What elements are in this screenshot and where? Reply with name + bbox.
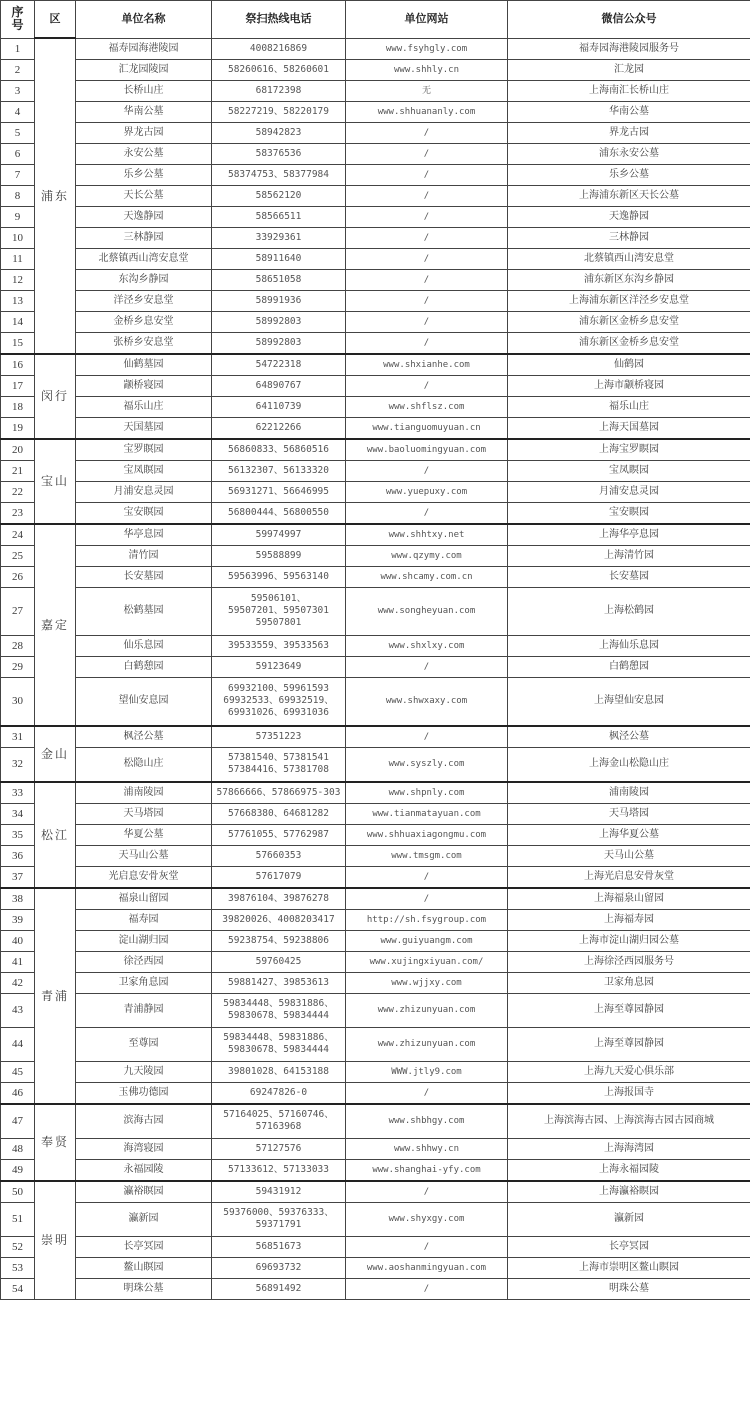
table-row: 13洋泾乡安息堂58991936/上海浦东新区洋泾乡安息堂 [1, 290, 750, 311]
seq-cell: 11 [1, 248, 35, 269]
website-cell: www.shyxgy.com [346, 1202, 508, 1236]
phone-cell: 59238754、59238806 [212, 930, 346, 951]
seq-cell: 49 [1, 1159, 35, 1181]
website-cell: www.shhuananly.com [346, 101, 508, 122]
unit-name-cell: 白鹤憩园 [76, 656, 212, 677]
unit-name-cell: 瀛新园 [76, 1202, 212, 1236]
wechat-account-cell: 天逸静园 [508, 206, 750, 227]
seq-cell: 43 [1, 993, 35, 1027]
seq-cell: 8 [1, 185, 35, 206]
wechat-account-cell: 上海市崇明区鳌山瞑园 [508, 1257, 750, 1278]
unit-name-cell: 清竹园 [76, 545, 212, 566]
phone-cell: 64890767 [212, 375, 346, 396]
district-cell: 闵行 [35, 354, 76, 439]
seq-cell: 9 [1, 206, 35, 227]
seq-cell: 53 [1, 1257, 35, 1278]
seq-cell: 15 [1, 332, 35, 354]
wechat-account-cell: 瀛新园 [508, 1202, 750, 1236]
phone-cell: 58227219、58220179 [212, 101, 346, 122]
website-cell: / [346, 227, 508, 248]
website-cell: / [346, 888, 508, 910]
unit-name-cell: 天国墓园 [76, 417, 212, 439]
website-cell: / [346, 185, 508, 206]
website-cell: www.xujingxiyuan.com/ [346, 951, 508, 972]
phone-cell: 69932100、59961593 69932533、69932519、 699… [212, 677, 346, 726]
seq-cell: 47 [1, 1104, 35, 1139]
wechat-account-cell: 北蔡镇西山湾安息堂 [508, 248, 750, 269]
unit-name-cell: 长安墓园 [76, 566, 212, 587]
wechat-account-cell: 浦东新区金桥乡息安堂 [508, 311, 750, 332]
phone-cell: 39801028、64153188 [212, 1061, 346, 1082]
table-row: 14金桥乡息安堂58992803/浦东新区金桥乡息安堂 [1, 311, 750, 332]
table-row: 17颛桥寝园64890767/上海市颛桥寝园 [1, 375, 750, 396]
district-cell: 崇明 [35, 1181, 76, 1300]
phone-cell: 39820026、4008203417 [212, 909, 346, 930]
unit-name-cell: 北蔡镇西山湾安息堂 [76, 248, 212, 269]
phone-cell: 58911640 [212, 248, 346, 269]
website-cell: / [346, 1181, 508, 1203]
seq-cell: 3 [1, 80, 35, 101]
seq-cell: 31 [1, 726, 35, 748]
wechat-account-cell: 上海滨海古园、上海滨海古园古园商城 [508, 1104, 750, 1139]
table-row: 42卫家角息园59881427、39853613www.wjjxy.com卫家角… [1, 972, 750, 993]
website-cell: 无 [346, 80, 508, 101]
website-cell: www.shhwy.cn [346, 1138, 508, 1159]
wechat-account-cell: 上海瀛裕瞑园 [508, 1181, 750, 1203]
phone-cell: 64110739 [212, 396, 346, 417]
seq-cell: 23 [1, 502, 35, 524]
wechat-account-cell: 福寿园海港陵园服务号 [508, 38, 750, 59]
unit-name-cell: 宝罗瞑园 [76, 439, 212, 461]
table-row: 16闵行仙鹤墓园54722318www.shxianhe.com仙鹤园 [1, 354, 750, 376]
phone-cell: 58562120 [212, 185, 346, 206]
phone-cell: 4008216869 [212, 38, 346, 59]
website-cell: www.zhizunyuan.com [346, 993, 508, 1027]
website-cell: www.songheyuan.com [346, 587, 508, 635]
table-row: 34天马塔园57668380、64681282www.tianmatayuan.… [1, 803, 750, 824]
phone-cell: 58260616、58260601 [212, 59, 346, 80]
unit-name-cell: 天马山公墓 [76, 845, 212, 866]
phone-cell: 57381540、57381541 57384416、57381708 [212, 747, 346, 782]
phone-cell: 39876104、39876278 [212, 888, 346, 910]
unit-name-cell: 仙鹤墓园 [76, 354, 212, 376]
district-cell: 宝山 [35, 439, 76, 524]
table-row: 37光启息安骨灰堂57617079/上海光启息安骨灰堂 [1, 866, 750, 888]
website-cell: www.shpnly.com [346, 782, 508, 804]
seq-cell: 10 [1, 227, 35, 248]
phone-cell: 69693732 [212, 1257, 346, 1278]
table-row: 20宝山宝罗瞑园56860833、56860516www.baoluomingy… [1, 439, 750, 461]
table-row: 25清竹园59588899www.qzymy.com上海清竹园 [1, 545, 750, 566]
wechat-account-cell: 上海永福园陵 [508, 1159, 750, 1181]
phone-cell: 59760425 [212, 951, 346, 972]
seq-cell: 28 [1, 635, 35, 656]
website-cell: www.syszly.com [346, 747, 508, 782]
table-row: 33松江浦南陵园57866666、57866975-303www.shpnly.… [1, 782, 750, 804]
seq-cell: 22 [1, 481, 35, 502]
wechat-account-cell: 浦东新区东沟乡静园 [508, 269, 750, 290]
unit-name-cell: 徐泾西园 [76, 951, 212, 972]
unit-name-cell: 金桥乡息安堂 [76, 311, 212, 332]
seq-cell: 12 [1, 269, 35, 290]
phone-cell: 59881427、39853613 [212, 972, 346, 993]
unit-name-cell: 天长公墓 [76, 185, 212, 206]
website-cell: / [346, 375, 508, 396]
table-row: 22月浦安息灵园56931271、56646995www.yuepuxy.com… [1, 481, 750, 502]
table-row: 45九天陵园39801028、64153188WWW.jtly9.com上海九天… [1, 1061, 750, 1082]
table-row: 41徐泾西园59760425www.xujingxiyuan.com/上海徐泾西… [1, 951, 750, 972]
wechat-account-cell: 上海望仙安息园 [508, 677, 750, 726]
wechat-account-cell: 上海金山松隐山庄 [508, 747, 750, 782]
table-row: 3长桥山庄68172398无上海南汇长桥山庄 [1, 80, 750, 101]
table-row: 35华夏公墓57761055、57762987www.shhuaxiagongm… [1, 824, 750, 845]
header-phone: 祭扫热线电话 [212, 1, 346, 39]
phone-cell: 57351223 [212, 726, 346, 748]
cemetery-contact-table: 序号 区 单位名称 祭扫热线电话 单位网站 微信公众号 1浦东福寿园海港陵园40… [0, 0, 750, 1300]
seq-cell: 33 [1, 782, 35, 804]
unit-name-cell: 汇龙园陵园 [76, 59, 212, 80]
seq-cell: 32 [1, 747, 35, 782]
table-row: 36天马山公墓57660353www.tmsgm.com天马山公墓 [1, 845, 750, 866]
seq-cell: 7 [1, 164, 35, 185]
table-row: 24嘉定华亭息园59974997www.shhtxy.net上海华亭息园 [1, 524, 750, 546]
phone-cell: 59431912 [212, 1181, 346, 1203]
table-row: 40淀山湖归园59238754、59238806www.guiyuangm.co… [1, 930, 750, 951]
phone-cell: 59563996、59563140 [212, 566, 346, 587]
table-row: 52长亭冥园56851673/长亭冥园 [1, 1236, 750, 1257]
seq-cell: 4 [1, 101, 35, 122]
seq-cell: 42 [1, 972, 35, 993]
website-cell: www.shxianhe.com [346, 354, 508, 376]
website-cell: / [346, 502, 508, 524]
unit-name-cell: 华亭息园 [76, 524, 212, 546]
seq-cell: 46 [1, 1082, 35, 1104]
phone-cell: 39533559、39533563 [212, 635, 346, 656]
phone-cell: 58942823 [212, 122, 346, 143]
seq-cell: 40 [1, 930, 35, 951]
table-row: 27松鹤墓园59506101、 59507201、59507301 595078… [1, 587, 750, 635]
unit-name-cell: 乐乡公墓 [76, 164, 212, 185]
wechat-account-cell: 上海光启息安骨灰堂 [508, 866, 750, 888]
phone-cell: 59834448、59831886、 59830678、59834444 [212, 993, 346, 1027]
phone-cell: 57617079 [212, 866, 346, 888]
wechat-account-cell: 上海南汇长桥山庄 [508, 80, 750, 101]
wechat-account-cell: 上海仙乐息园 [508, 635, 750, 656]
unit-name-cell: 九天陵园 [76, 1061, 212, 1082]
website-cell: / [346, 311, 508, 332]
wechat-account-cell: 枫泾公墓 [508, 726, 750, 748]
seq-cell: 52 [1, 1236, 35, 1257]
phone-cell: 58376536 [212, 143, 346, 164]
phone-cell: 56851673 [212, 1236, 346, 1257]
website-cell: / [346, 1082, 508, 1104]
website-cell: www.tmsgm.com [346, 845, 508, 866]
phone-cell: 57866666、57866975-303 [212, 782, 346, 804]
website-cell: www.shcamy.com.cn [346, 566, 508, 587]
seq-cell: 19 [1, 417, 35, 439]
seq-cell: 13 [1, 290, 35, 311]
unit-name-cell: 青浦静园 [76, 993, 212, 1027]
website-cell: / [346, 290, 508, 311]
unit-name-cell: 至尊园 [76, 1027, 212, 1061]
website-cell: www.shflsz.com [346, 396, 508, 417]
seq-cell: 1 [1, 38, 35, 59]
seq-cell: 14 [1, 311, 35, 332]
website-cell: http://sh.fsygroup.com [346, 909, 508, 930]
website-cell: / [346, 206, 508, 227]
website-cell: / [346, 1236, 508, 1257]
wechat-account-cell: 明珠公墓 [508, 1278, 750, 1299]
wechat-account-cell: 上海福寿园 [508, 909, 750, 930]
unit-name-cell: 松隐山庄 [76, 747, 212, 782]
unit-name-cell: 瀛裕瞑园 [76, 1181, 212, 1203]
website-cell: WWW.jtly9.com [346, 1061, 508, 1082]
wechat-account-cell: 上海至尊园静园 [508, 1027, 750, 1061]
wechat-account-cell: 上海华亭息园 [508, 524, 750, 546]
unit-name-cell: 滨海古园 [76, 1104, 212, 1139]
website-cell: www.baoluomingyuan.com [346, 439, 508, 461]
unit-name-cell: 福乐山庄 [76, 396, 212, 417]
website-cell: www.fsyhgly.com [346, 38, 508, 59]
website-cell: / [346, 332, 508, 354]
phone-cell: 56132307、56133320 [212, 460, 346, 481]
district-cell: 奉贤 [35, 1104, 76, 1181]
seq-cell: 30 [1, 677, 35, 726]
wechat-account-cell: 天马塔园 [508, 803, 750, 824]
seq-cell: 36 [1, 845, 35, 866]
wechat-account-cell: 汇龙园 [508, 59, 750, 80]
website-cell: www.shbhgy.com [346, 1104, 508, 1139]
phone-cell: 58566511 [212, 206, 346, 227]
website-cell: / [346, 656, 508, 677]
unit-name-cell: 仙乐息园 [76, 635, 212, 656]
phone-cell: 58992803 [212, 332, 346, 354]
website-cell: / [346, 866, 508, 888]
table-row: 15张桥乡安息堂58992803/浦东新区金桥乡息安堂 [1, 332, 750, 354]
wechat-account-cell: 浦东新区金桥乡息安堂 [508, 332, 750, 354]
website-cell: www.yuepuxy.com [346, 481, 508, 502]
table-row: 54明珠公墓56891492/明珠公墓 [1, 1278, 750, 1299]
seq-cell: 20 [1, 439, 35, 461]
unit-name-cell: 三林静园 [76, 227, 212, 248]
district-cell: 嘉定 [35, 524, 76, 726]
table-row: 23宝安瞑园56800444、56800550/宝安瞑园 [1, 502, 750, 524]
wechat-account-cell: 上海市颛桥寝园 [508, 375, 750, 396]
website-cell: www.wjjxy.com [346, 972, 508, 993]
unit-name-cell: 玉佛功德园 [76, 1082, 212, 1104]
website-cell: www.tianmatayuan.com [346, 803, 508, 824]
table-row: 19天国墓园62212266www.tianguomuyuan.cn上海天国墓园 [1, 417, 750, 439]
unit-name-cell: 松鹤墓园 [76, 587, 212, 635]
header-seq: 序号 [1, 1, 35, 39]
website-cell: www.shxlxy.com [346, 635, 508, 656]
wechat-account-cell: 上海海湾园 [508, 1138, 750, 1159]
header-district: 区 [35, 1, 76, 39]
seq-cell: 16 [1, 354, 35, 376]
seq-cell: 2 [1, 59, 35, 80]
website-cell: www.qzymy.com [346, 545, 508, 566]
unit-name-cell: 天逸静园 [76, 206, 212, 227]
seq-cell: 51 [1, 1202, 35, 1236]
table-row: 44至尊园59834448、59831886、 59830678、5983444… [1, 1027, 750, 1061]
seq-cell: 25 [1, 545, 35, 566]
unit-name-cell: 浦南陵园 [76, 782, 212, 804]
wechat-account-cell: 上海清竹园 [508, 545, 750, 566]
table-row: 30望仙安息园69932100、59961593 69932533、699325… [1, 677, 750, 726]
unit-name-cell: 长桥山庄 [76, 80, 212, 101]
table-row: 32松隐山庄57381540、57381541 57384416、5738170… [1, 747, 750, 782]
wechat-account-cell: 浦南陵园 [508, 782, 750, 804]
phone-cell: 56931271、56646995 [212, 481, 346, 502]
website-cell: www.zhizunyuan.com [346, 1027, 508, 1061]
wechat-account-cell: 乐乡公墓 [508, 164, 750, 185]
wechat-account-cell: 三林静园 [508, 227, 750, 248]
seq-cell: 34 [1, 803, 35, 824]
header-website: 单位网站 [346, 1, 508, 39]
wechat-account-cell: 卫家角息园 [508, 972, 750, 993]
website-cell: / [346, 726, 508, 748]
unit-name-cell: 宝安瞑园 [76, 502, 212, 524]
wechat-account-cell: 天马山公墓 [508, 845, 750, 866]
seq-cell: 41 [1, 951, 35, 972]
table-row: 2汇龙园陵园58260616、58260601www.shhly.cn汇龙园 [1, 59, 750, 80]
seq-cell: 17 [1, 375, 35, 396]
wechat-account-cell: 长亭冥园 [508, 1236, 750, 1257]
table-row: 10三林静园33929361/三林静园 [1, 227, 750, 248]
website-cell: / [346, 248, 508, 269]
seq-cell: 26 [1, 566, 35, 587]
table-row: 6永安公墓58376536/浦东永安公墓 [1, 143, 750, 164]
wechat-account-cell: 福乐山庄 [508, 396, 750, 417]
district-cell: 松江 [35, 782, 76, 888]
phone-cell: 68172398 [212, 80, 346, 101]
website-cell: www.aoshanmingyuan.com [346, 1257, 508, 1278]
seq-cell: 45 [1, 1061, 35, 1082]
wechat-account-cell: 月浦安息灵园 [508, 481, 750, 502]
unit-name-cell: 永福园陵 [76, 1159, 212, 1181]
phone-cell: 59123649 [212, 656, 346, 677]
unit-name-cell: 福寿园海港陵园 [76, 38, 212, 59]
wechat-account-cell: 上海浦东新区天长公墓 [508, 185, 750, 206]
header-row: 序号 区 单位名称 祭扫热线电话 单位网站 微信公众号 [1, 1, 750, 39]
table-row: 48海湾寝园57127576www.shhwy.cn上海海湾园 [1, 1138, 750, 1159]
unit-name-cell: 福泉山留园 [76, 888, 212, 910]
unit-name-cell: 颛桥寝园 [76, 375, 212, 396]
table-row: 18福乐山庄64110739www.shflsz.com福乐山庄 [1, 396, 750, 417]
unit-name-cell: 鳌山瞑园 [76, 1257, 212, 1278]
wechat-account-cell: 华南公墓 [508, 101, 750, 122]
unit-name-cell: 界龙古园 [76, 122, 212, 143]
phone-cell: 57660353 [212, 845, 346, 866]
phone-cell: 58374753、58377984 [212, 164, 346, 185]
wechat-account-cell: 上海松鹤园 [508, 587, 750, 635]
district-cell: 浦东 [35, 38, 76, 354]
unit-name-cell: 宝凤瞑园 [76, 460, 212, 481]
phone-cell: 59588899 [212, 545, 346, 566]
unit-name-cell: 淀山湖归园 [76, 930, 212, 951]
phone-cell: 59974997 [212, 524, 346, 546]
district-cell: 金山 [35, 726, 76, 782]
phone-cell: 57164025、57160746、 57163968 [212, 1104, 346, 1139]
wechat-account-cell: 白鹤憩园 [508, 656, 750, 677]
table-row: 21宝凤瞑园56132307、56133320/宝凤瞑园 [1, 460, 750, 481]
wechat-account-cell: 上海市淀山湖归园公墓 [508, 930, 750, 951]
wechat-account-cell: 仙鹤园 [508, 354, 750, 376]
phone-cell: 59834448、59831886、 59830678、59834444 [212, 1027, 346, 1061]
wechat-account-cell: 上海福泉山留园 [508, 888, 750, 910]
website-cell: / [346, 164, 508, 185]
table-row: 26长安墓园59563996、59563140www.shcamy.com.cn… [1, 566, 750, 587]
unit-name-cell: 洋泾乡安息堂 [76, 290, 212, 311]
unit-name-cell: 永安公墓 [76, 143, 212, 164]
table-body: 1浦东福寿园海港陵园4008216869www.fsyhgly.com福寿园海港… [1, 38, 750, 1299]
wechat-account-cell: 界龙古园 [508, 122, 750, 143]
seq-cell: 21 [1, 460, 35, 481]
table-row: 4华南公墓58227219、58220179www.shhuananly.com… [1, 101, 750, 122]
phone-cell: 57133612、57133033 [212, 1159, 346, 1181]
wechat-account-cell: 上海天国墓园 [508, 417, 750, 439]
seq-cell: 50 [1, 1181, 35, 1203]
seq-cell: 18 [1, 396, 35, 417]
table-row: 28仙乐息园39533559、39533563www.shxlxy.com上海仙… [1, 635, 750, 656]
unit-name-cell: 望仙安息园 [76, 677, 212, 726]
website-cell: www.guiyuangm.com [346, 930, 508, 951]
table-row: 5界龙古园58942823/界龙古园 [1, 122, 750, 143]
website-cell: / [346, 122, 508, 143]
table-row: 1浦东福寿园海港陵园4008216869www.fsyhgly.com福寿园海港… [1, 38, 750, 59]
phone-cell: 57668380、64681282 [212, 803, 346, 824]
district-cell: 青浦 [35, 888, 76, 1104]
phone-cell: 33929361 [212, 227, 346, 248]
phone-cell: 59506101、 59507201、59507301 59507801 [212, 587, 346, 635]
website-cell: / [346, 269, 508, 290]
header-wechat: 微信公众号 [508, 1, 750, 39]
header-name: 单位名称 [76, 1, 212, 39]
seq-cell: 29 [1, 656, 35, 677]
unit-name-cell: 张桥乡安息堂 [76, 332, 212, 354]
unit-name-cell: 月浦安息灵园 [76, 481, 212, 502]
wechat-account-cell: 宝安瞑园 [508, 502, 750, 524]
phone-cell: 56891492 [212, 1278, 346, 1299]
unit-name-cell: 海湾寝园 [76, 1138, 212, 1159]
website-cell: / [346, 460, 508, 481]
wechat-account-cell: 上海华夏公墓 [508, 824, 750, 845]
phone-cell: 57761055、57762987 [212, 824, 346, 845]
seq-cell: 54 [1, 1278, 35, 1299]
wechat-account-cell: 上海至尊园静园 [508, 993, 750, 1027]
seq-cell: 5 [1, 122, 35, 143]
table-row: 50崇明瀛裕瞑园59431912/上海瀛裕瞑园 [1, 1181, 750, 1203]
table-row: 49永福园陵57133612、57133033www.shanghai-yfy.… [1, 1159, 750, 1181]
table-row: 46玉佛功德园69247826-0/上海报国寺 [1, 1082, 750, 1104]
table-row: 12东沟乡静园58651058/浦东新区东沟乡静园 [1, 269, 750, 290]
website-cell: www.shhly.cn [346, 59, 508, 80]
table-row: 38青浦福泉山留园39876104、39876278/上海福泉山留园 [1, 888, 750, 910]
unit-name-cell: 华夏公墓 [76, 824, 212, 845]
website-cell: www.shhuaxiagongmu.com [346, 824, 508, 845]
table-row: 29白鹤憩园59123649/白鹤憩园 [1, 656, 750, 677]
seq-cell: 48 [1, 1138, 35, 1159]
wechat-account-cell: 上海九天爱心俱乐部 [508, 1061, 750, 1082]
unit-name-cell: 天马塔园 [76, 803, 212, 824]
unit-name-cell: 东沟乡静园 [76, 269, 212, 290]
unit-name-cell: 光启息安骨灰堂 [76, 866, 212, 888]
wechat-account-cell: 上海浦东新区洋泾乡安息堂 [508, 290, 750, 311]
table-row: 9天逸静园58566511/天逸静园 [1, 206, 750, 227]
website-cell: / [346, 1278, 508, 1299]
table-row: 47奉贤滨海古园57164025、57160746、 57163968www.s… [1, 1104, 750, 1139]
seq-cell: 37 [1, 866, 35, 888]
